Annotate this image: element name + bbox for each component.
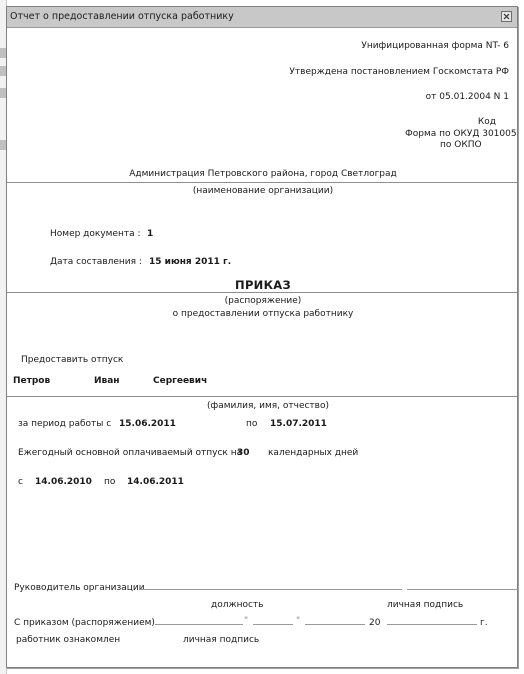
work-period-to-value: 15.07.2011 xyxy=(270,419,327,429)
leave-days-label: календарных дней xyxy=(268,448,358,458)
leave-to-value: 14.06.2011 xyxy=(127,477,184,487)
approved-by: Утверждена постановлением Госкомстата РФ xyxy=(289,67,509,77)
acknowledged-label-line1: С приказом (распоряжением) xyxy=(14,618,155,628)
employee-first-name: Иван xyxy=(94,376,120,386)
organization-divider xyxy=(7,182,517,183)
report-window: Отчет о предоставлении отпуска работнику… xyxy=(6,6,518,668)
title-bar[interactable]: Отчет о предоставлении отпуска работнику xyxy=(7,7,517,28)
window-title: Отчет о предоставлении отпуска работнику xyxy=(10,11,234,22)
close-button[interactable] xyxy=(501,11,512,22)
work-period-from-value: 15.06.2011 xyxy=(119,419,176,429)
employee-signature-line xyxy=(155,624,243,625)
head-signature-caption: личная подпись xyxy=(387,600,463,610)
order-description: о предоставлении отпуска работнику xyxy=(7,309,519,319)
work-period-to-label: по xyxy=(246,419,257,429)
okud-label: Форма по ОКУД 301005 xyxy=(405,129,517,139)
employee-last-name: Петров xyxy=(13,376,50,386)
month-line xyxy=(305,624,365,625)
year-prefix: 20 xyxy=(369,618,380,628)
employee-divider xyxy=(7,396,517,397)
employee-patronymic: Сергеевич xyxy=(153,376,207,386)
leave-to-label: по xyxy=(104,477,115,487)
day-line xyxy=(253,624,293,625)
okpo-label: по ОКПО xyxy=(440,140,482,150)
document-date-label: Дата составления : xyxy=(50,257,142,267)
head-of-organization-label: Руководитель организации xyxy=(14,583,145,593)
order-subtitle: (распоряжение) xyxy=(7,296,519,306)
employee-signature-caption: личная подпись xyxy=(183,635,259,645)
grant-leave-label: Предоставить отпуск xyxy=(21,355,123,365)
year-line xyxy=(387,624,477,625)
document-date-value: 15 июня 2011 г. xyxy=(149,257,231,267)
document-number-value: 1 xyxy=(147,229,153,239)
leave-from-label: с xyxy=(18,477,23,487)
order-title: ПРИКАЗ xyxy=(7,278,519,292)
document-number-label: Номер документа : xyxy=(50,229,141,239)
close-icon xyxy=(503,13,510,20)
order-divider xyxy=(7,292,517,293)
leave-days-value: 30 xyxy=(237,448,250,458)
employee-caption: (фамилия, имя, отчество) xyxy=(207,401,329,411)
position-signature-line xyxy=(140,589,402,590)
year-suffix: г. xyxy=(480,618,488,628)
form-name: Унифицированная форма NT- 6 xyxy=(361,41,509,51)
leave-from-value: 14.06.2010 xyxy=(35,477,92,487)
work-period-from-label: за период работы с xyxy=(18,419,111,429)
date-quote-close: " xyxy=(296,616,300,626)
head-signature-line xyxy=(407,589,519,590)
organization-name: Администрация Петровского района, город … xyxy=(7,169,519,179)
date-quote-open: " xyxy=(244,616,248,626)
code-label: Код xyxy=(478,117,496,127)
organization-caption: (наименование организации) xyxy=(7,186,519,196)
annual-leave-label: Ежегодный основной оплачиваемый отпуск н… xyxy=(18,448,242,458)
acknowledged-label-line2: работник ознакомлен xyxy=(16,635,120,645)
position-caption: должность xyxy=(211,600,263,610)
approved-date: от 05.01.2004 N 1 xyxy=(426,92,509,102)
